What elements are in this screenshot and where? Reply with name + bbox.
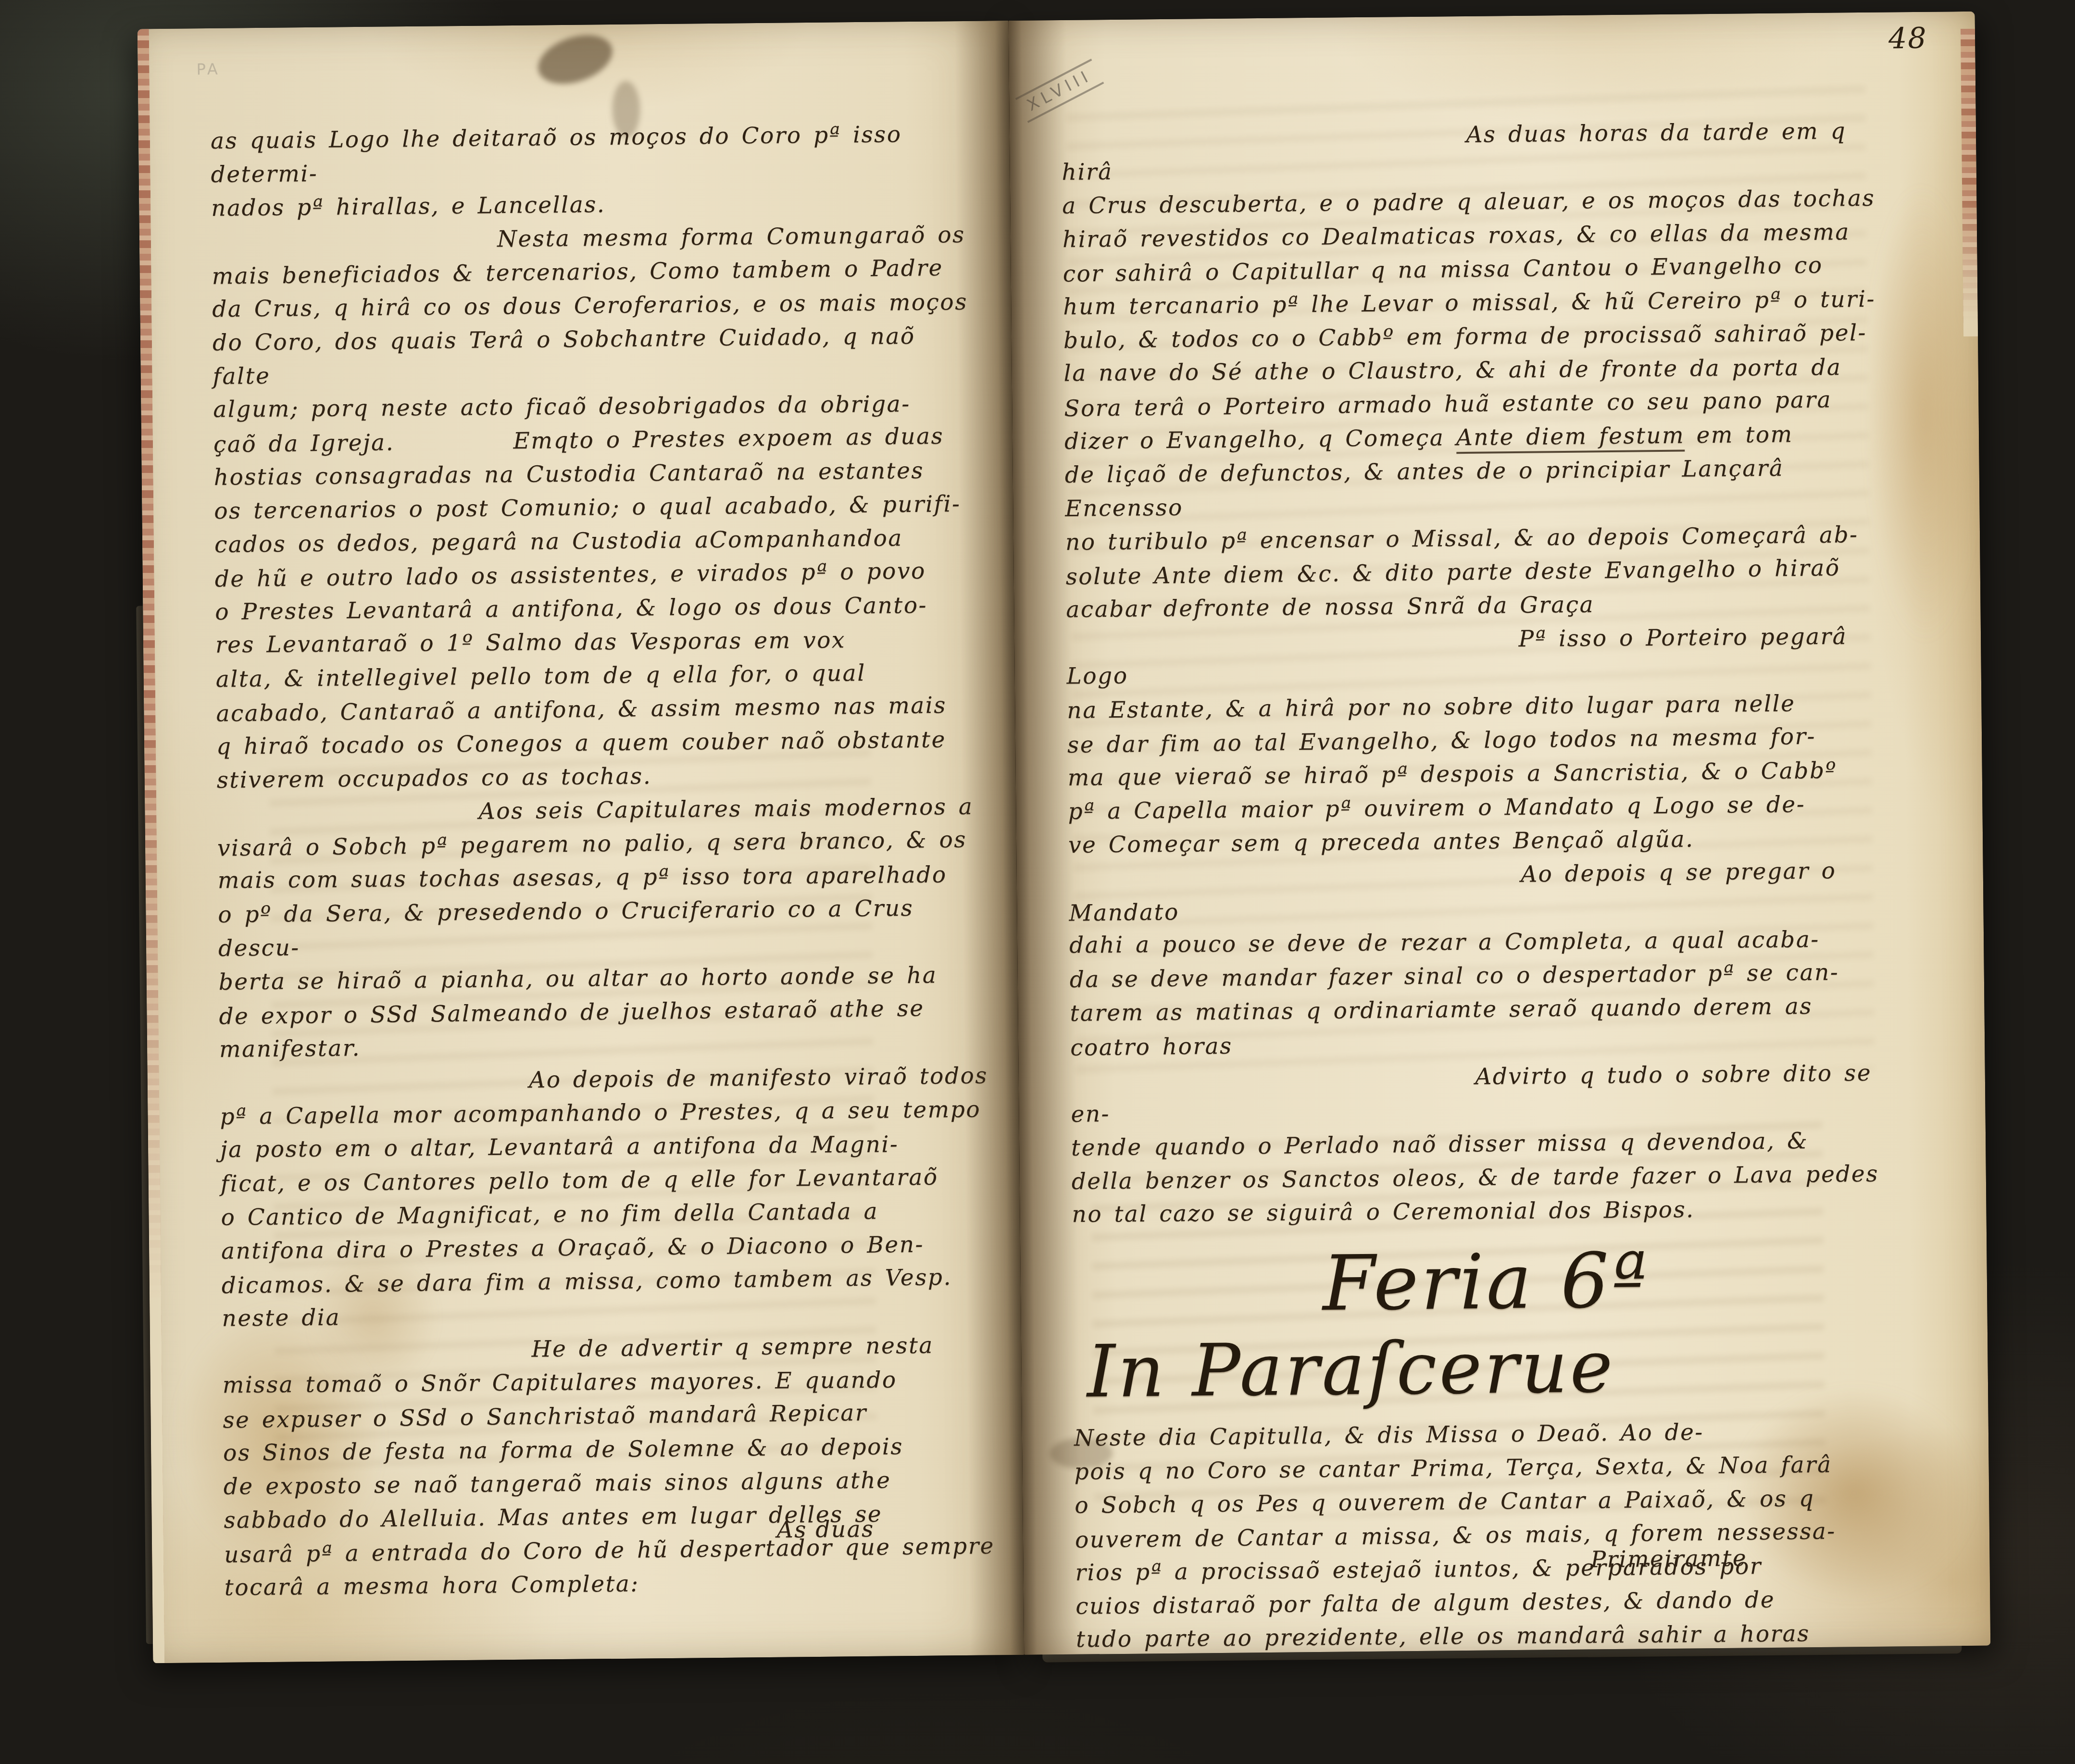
- pencil-mark: PA: [196, 60, 220, 78]
- ink-blot: [532, 26, 619, 93]
- manuscript-line: dahi a pouco se deve de rezar a Completa…: [1069, 922, 1912, 963]
- folio-number: 48: [1888, 22, 1927, 56]
- heading-in-parasceve: In Paraſcerue: [1087, 1321, 1916, 1415]
- manuscript-line: do Coro, dos quais Terâ o Sobchantre Cui…: [212, 319, 984, 394]
- manuscript-line: Pª isso o Porteiro pegarâ Logo: [1066, 620, 1909, 694]
- manuscript-line: no tal cazo se siguirâ o Ceremonial dos …: [1072, 1192, 1914, 1232]
- manuscript-line: ja posto em o altar, Levantarâ a antifon…: [220, 1127, 992, 1167]
- left-page-text-block: as quais Logo lhe deitaraõ os moços do C…: [211, 117, 996, 1605]
- manuscript-line: res Levantaraõ o 1º Salmo das Vesporas e…: [215, 622, 987, 662]
- manuscript-line: as quais Logo lhe deitaraõ os moços do C…: [211, 117, 982, 192]
- manuscript-line: mais com suas tochas asesas, q pª isso t…: [218, 858, 989, 898]
- left-page: PA as quais Logo lhe deitaraõ os moços d…: [137, 21, 1025, 1663]
- right-page: XLVIII 48 As duas horas da tarde em q hi…: [1009, 12, 1991, 1655]
- right-page-text-block: As duas horas da tarde em q hirâa Crus d…: [1062, 114, 1919, 1655]
- manuscript-line: o pº da Sera, & presedendo o Cruciferari…: [218, 891, 989, 966]
- catchword: Primeiramte: [1590, 1545, 1747, 1573]
- right-page-text-lower: Neste dia Capitulla, & dis Missa o Deaõ.…: [1074, 1414, 1919, 1655]
- manuscript-line: As duas horas da tarde em q hirâ: [1062, 114, 1904, 189]
- open-manuscript-book: PA as quais Logo lhe deitaraõ os moços d…: [137, 12, 1990, 1664]
- manuscript-line: Advirto q tudo o sobre dito se en-: [1071, 1056, 1913, 1131]
- section-heading: Feria 6ª In Paraſcerue: [1072, 1235, 1916, 1415]
- underlined-phrase: Ante diem festum: [1456, 422, 1685, 454]
- photograph-background: PA as quais Logo lhe deitaraõ os moços d…: [0, 0, 2075, 1764]
- right-page-text-upper: As duas horas da tarde em q hirâa Crus d…: [1062, 114, 1914, 1232]
- manuscript-line: Ao depois q se pregar o Mandato: [1068, 853, 1912, 930]
- red-fore-edge-right: [1961, 29, 1978, 336]
- manuscript-line: de liçaõ de defunctos, & antes de o prin…: [1064, 450, 1907, 526]
- heading-feria-6: Feria 6ª: [1322, 1235, 1915, 1327]
- catchword: As duas: [777, 1516, 875, 1543]
